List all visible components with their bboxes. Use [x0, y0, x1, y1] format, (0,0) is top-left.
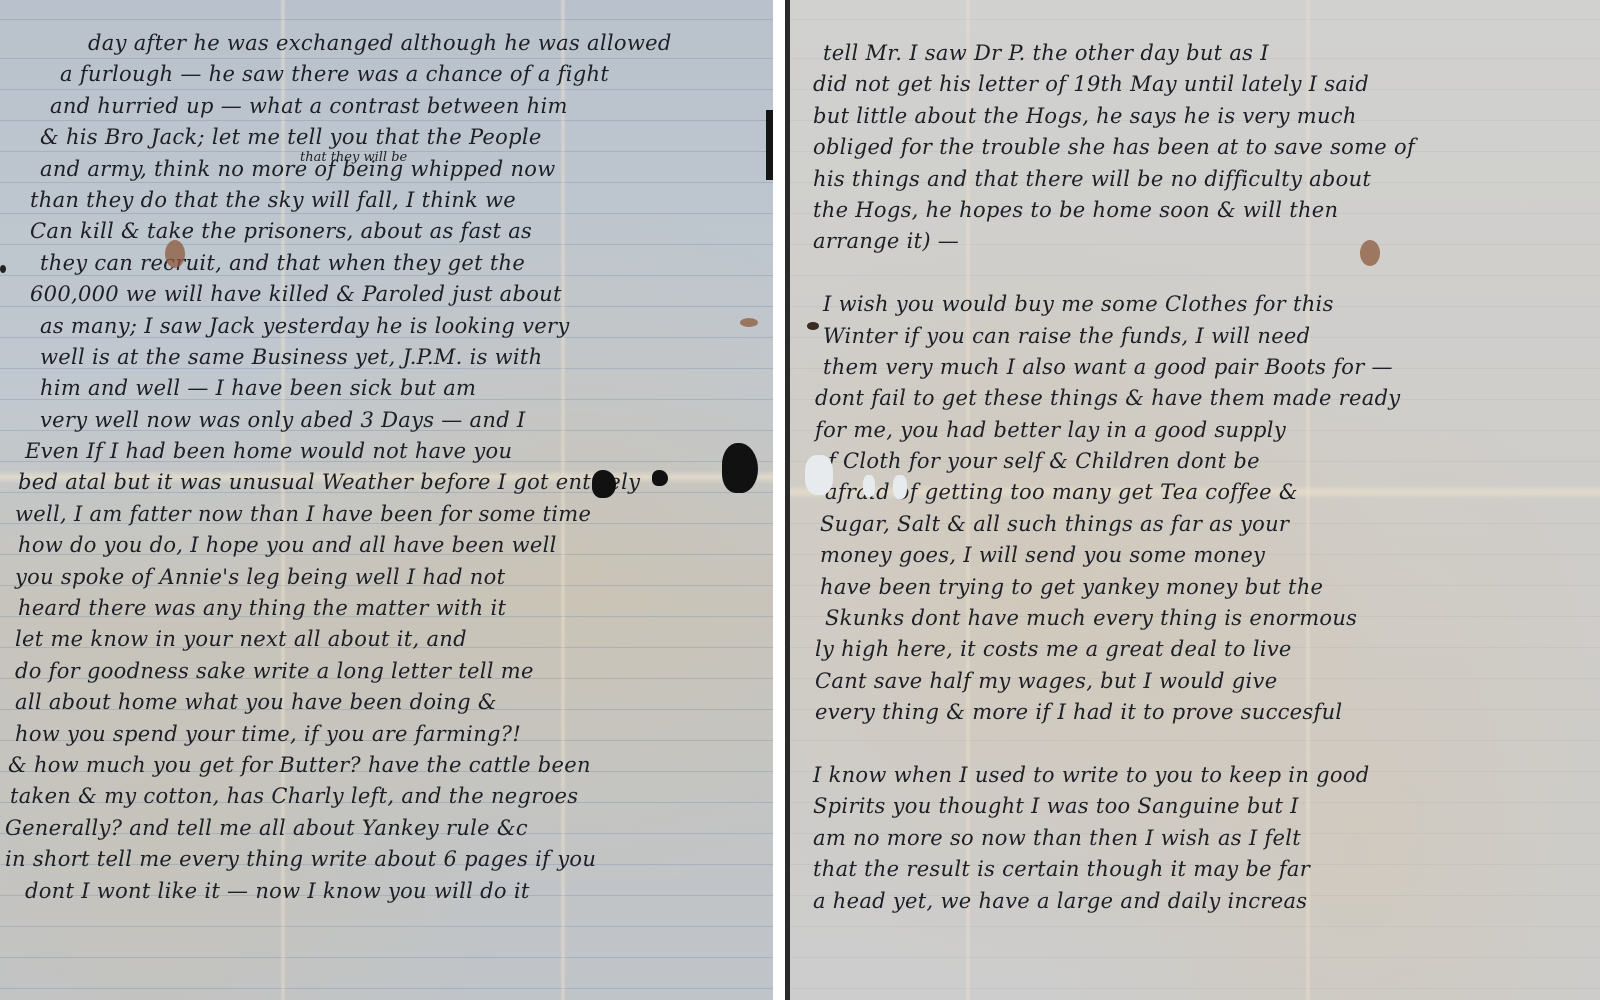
paper-tear: [863, 475, 875, 497]
text-line: Generally? and tell me all about Yankey …: [0, 813, 773, 844]
text-line: for me, you had better lay in a good sup…: [785, 415, 1600, 446]
text-line: of Cloth for your self & Children dont b…: [785, 446, 1600, 477]
page-edge-shadow: [785, 0, 790, 1000]
text-line: heard there was any thing the matter wit…: [0, 593, 773, 624]
stain-mark: [1360, 240, 1380, 266]
text-line: day after he was exchanged although he w…: [0, 28, 773, 59]
text-line: have been trying to get yankey money but…: [785, 572, 1600, 603]
text-line: dont I wont like it — now I know you wil…: [0, 876, 773, 907]
text-line: that the result is certain though it may…: [785, 854, 1600, 885]
text-line: Spirits you thought I was too Sanguine b…: [785, 791, 1600, 822]
text-line: all about home what you have been doing …: [0, 687, 773, 718]
text-line: Winter if you can raise the funds, I wil…: [785, 321, 1600, 352]
text-line: & his Bro Jack; let me tell you that the…: [0, 122, 773, 153]
text-line: than they do that the sky will fall, I t…: [0, 185, 773, 216]
handwritten-lines-right: tell Mr. I saw Dr P. the other day but a…: [785, 38, 1600, 917]
text-line: [785, 729, 1600, 760]
text-line: Can kill & take the prisoners, about as …: [0, 216, 773, 247]
stain-mark: [165, 240, 185, 268]
text-line: very well now was only abed 3 Days — and…: [0, 405, 773, 436]
text-line: Even If I had been home would not have y…: [0, 436, 773, 467]
text-line: money goes, I will send you some money: [785, 540, 1600, 571]
text-line: afraid of getting too many get Tea coffe…: [785, 477, 1600, 508]
text-line: they can recruit, and that when they get…: [0, 248, 773, 279]
text-line: Sugar, Salt & all such things as far as …: [785, 509, 1600, 540]
text-line: well, I am fatter now than I have been f…: [0, 499, 773, 530]
text-line: I know when I used to write to you to ke…: [785, 760, 1600, 791]
text-line: I wish you would buy me some Clothes for…: [785, 289, 1600, 320]
paper-hole: [652, 470, 668, 486]
text-line: did not get his letter of 19th May until…: [785, 69, 1600, 100]
text-line: ly high here, it costs me a great deal t…: [785, 634, 1600, 665]
text-line: dont fail to get these things & have the…: [785, 383, 1600, 414]
text-line: as many; I saw Jack yesterday he is look…: [0, 311, 773, 342]
letter-page-left: that they will be day after he was excha…: [0, 0, 773, 1000]
paper-tear: [805, 455, 833, 495]
text-line: 600,000 we will have killed & Paroled ju…: [0, 279, 773, 310]
text-line: his things and that there will be no dif…: [785, 164, 1600, 195]
text-line: a furlough — he saw there was a chance o…: [0, 59, 773, 90]
text-line: do for goodness sake write a long letter…: [0, 656, 773, 687]
text-line: am no more so now than then I wish as I …: [785, 823, 1600, 854]
text-line: a head yet, we have a large and daily in…: [785, 886, 1600, 917]
stain-mark: [740, 318, 758, 327]
text-line: them very much I also want a good pair B…: [785, 352, 1600, 383]
paper-hole: [722, 443, 758, 493]
text-line: let me know in your next all about it, a…: [0, 624, 773, 655]
text-line: obliged for the trouble she has been at …: [785, 132, 1600, 163]
text-line: but little about the Hogs, he says he is…: [785, 101, 1600, 132]
stain-mark: [0, 265, 6, 273]
paper-hole: [592, 470, 616, 498]
text-line: [785, 258, 1600, 289]
text-line: how you spend your time, if you are farm…: [0, 719, 773, 750]
text-line: & how much you get for Butter? have the …: [0, 750, 773, 781]
text-line: every thing & more if I had it to prove …: [785, 697, 1600, 728]
letter-page-right: tell Mr. I saw Dr P. the other day but a…: [785, 0, 1600, 1000]
text-line: the Hogs, he hopes to be home soon & wil…: [785, 195, 1600, 226]
paper-tear: [893, 475, 907, 499]
stain-mark: [807, 322, 819, 330]
text-line: how do you do, I hope you and all have b…: [0, 530, 773, 561]
text-line: in short tell me every thing write about…: [0, 844, 773, 875]
text-line: and hurried up — what a contrast between…: [0, 91, 773, 122]
text-line: you spoke of Annie's leg being well I ha…: [0, 562, 773, 593]
text-line: arrange it) —: [785, 226, 1600, 257]
text-line: him and well — I have been sick but am: [0, 373, 773, 404]
page-edge-shadow: [766, 110, 773, 180]
text-line: tell Mr. I saw Dr P. the other day but a…: [785, 38, 1600, 69]
text-line: Skunks dont have much every thing is eno…: [785, 603, 1600, 634]
text-line: and army, think no more of being whipped…: [0, 154, 773, 185]
text-line: taken & my cotton, has Charly left, and …: [0, 781, 773, 812]
text-line: Cant save half my wages, but I would giv…: [785, 666, 1600, 697]
text-line: well is at the same Business yet, J.P.M.…: [0, 342, 773, 373]
handwritten-lines-left: day after he was exchanged although he w…: [0, 28, 773, 907]
